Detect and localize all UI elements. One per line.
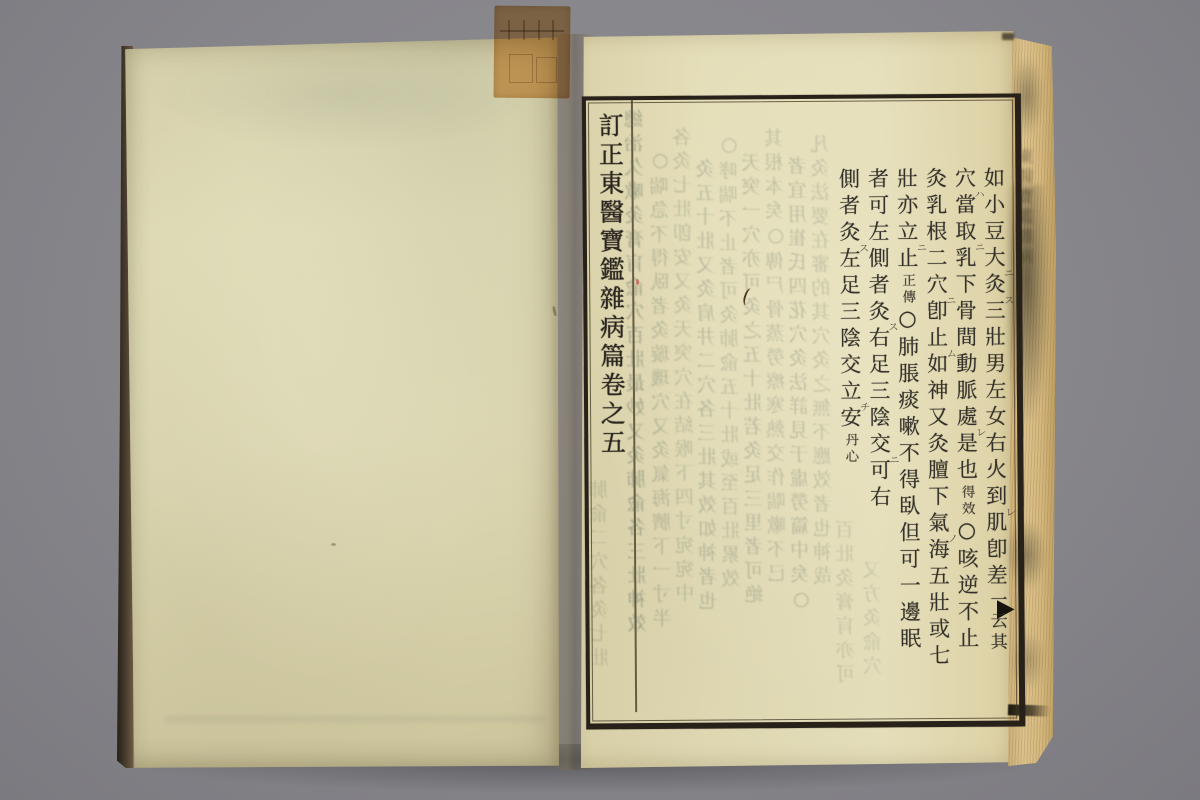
showthrough-text-column: 百壯灸膏肓亦可 xyxy=(835,520,859,688)
text-segment-main: 穴當取乳下骨間動脈處是也 xyxy=(952,167,978,485)
volume-end-title: 訂正東醫寶鑑雜病篇卷之五 xyxy=(594,112,626,458)
text-segment-cite: 正傳 xyxy=(899,273,915,306)
kana-reading-mark: ニ xyxy=(917,239,927,254)
text-segment-main: ○咳逆不止 xyxy=(955,518,980,654)
showthrough-text-column: 者宜用崔氏四花穴灸法詳見于虛勞篇中矣○ xyxy=(787,156,813,615)
kana-reading-mark: ニ xyxy=(1004,265,1014,280)
text-segment-cite: 丹心 xyxy=(842,433,858,466)
kana-reading-mark: ハ xyxy=(975,185,985,200)
kana-reading-mark: ス xyxy=(888,318,898,333)
text-segment-main: 壯亦立止 xyxy=(894,167,919,273)
text-segment-main: 者可左側者灸右足三陰交可右 xyxy=(865,167,891,512)
kana-reading-mark: ニ xyxy=(975,238,985,253)
photograph-of-open-book: 東醫寶鑑雜病 訂正東醫寶鑑雜病篇卷之五 如小豆大灸三壯男左女右火到肌卽差一云其ニ… xyxy=(0,0,1200,800)
text-column-5: 者可左側者灸右足三陰交可右 xyxy=(863,167,892,512)
showthrough-text-column: 又方灸兪穴 xyxy=(862,559,886,679)
kana-reading-mark: レ xyxy=(1006,503,1016,518)
kana-reading-mark: ム xyxy=(947,344,957,359)
text-segment-main: 如小豆大灸三壯男左女右火到肌卽差 xyxy=(981,167,1008,591)
showthrough-text-column: 天突一穴亦可灸之五十壯若灸足三里者可絶 xyxy=(741,152,767,608)
tape-mark xyxy=(552,20,554,40)
tape-stamp-mark xyxy=(509,54,533,83)
showthrough-text-column: 凡灸法要在審的其穴灸之無不應效者也神哉 xyxy=(810,134,836,590)
kana-reading-mark: ス xyxy=(859,239,869,254)
showthrough-text-column: 總治久嗽灸膏肓兪穴百壯最妙又灸肺兪各三壯神效 xyxy=(624,109,651,637)
text-column-6: 側者灸左足三陰交立安丹心 xyxy=(834,168,863,466)
kana-reading-mark: ニ xyxy=(889,451,899,466)
tape-mark xyxy=(538,20,540,40)
main-text-area: 訂正東醫寶鑑雜病篇卷之五 如小豆大灸三壯男左女右火到肌卽差一云其ニスレ穴當取乳下… xyxy=(0,0,1200,800)
text-segment-main: 側者灸左足三陰交立安 xyxy=(836,168,862,433)
showthrough-text-column: ○哮喘不止者可灸肺兪五十壯或至百壯累效 xyxy=(718,133,744,592)
showthrough-text-column: 灸五十壯又灸肩井二穴各三壯其效如神者也 xyxy=(695,159,721,615)
kana-reading-mark: ノ xyxy=(948,530,958,545)
kana-reading-mark: ス xyxy=(1004,291,1014,306)
tape-mark xyxy=(508,20,510,40)
tape-stamp-mark xyxy=(536,57,557,83)
text-segment-tail: 一云其 xyxy=(986,591,1006,654)
showthrough-text-column: 各灸七壯卽安又灸天突穴在結喉下四寸宛宛中 xyxy=(672,127,698,607)
text-segment-cite: 得效 xyxy=(959,485,975,518)
kana-reading-mark: チ xyxy=(860,398,870,413)
translucent-tape xyxy=(494,6,571,99)
kana-reading-mark: ニ xyxy=(946,291,956,306)
text-segment-main: 灸乳根二穴卽止如神又灸膻下氣海五壯或七 xyxy=(923,167,951,671)
tape-mark xyxy=(523,20,525,40)
showthrough-text-column: 肺兪二穴各灸七壯 xyxy=(589,479,613,671)
showthrough-text-column: 其根本矣○傳尸骨蒸勞瘵寒熱交作喘嗽不已 xyxy=(764,128,790,587)
red-paper-fleck xyxy=(636,279,639,285)
text-segment-main: ○肺脹痰嗽不得臥但可一邊眠 xyxy=(895,306,921,654)
showthrough-text-column: ○喘急不得臥者灸璇璣穴又灸氣海臍下一寸半 xyxy=(649,149,675,632)
kana-reading-mark: レ xyxy=(976,424,986,439)
